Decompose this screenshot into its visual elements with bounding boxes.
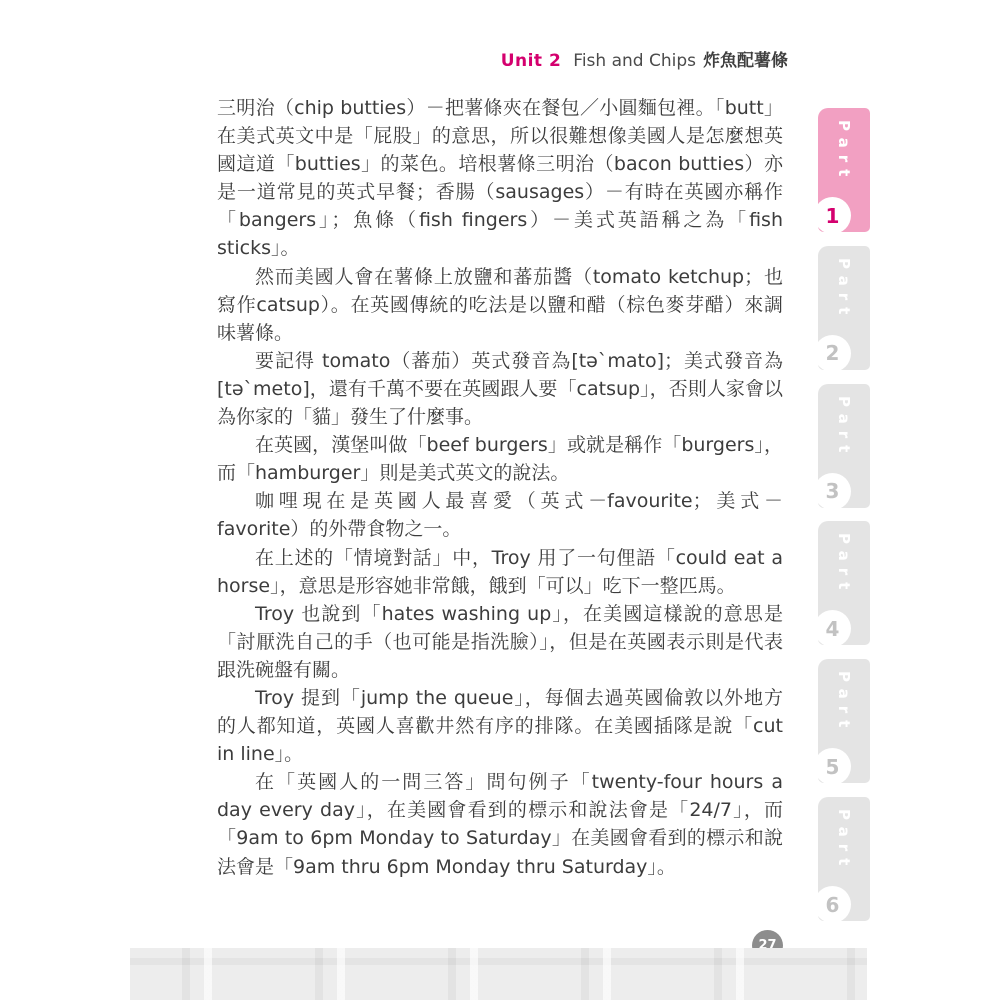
- book-page: Unit 2 Fish and Chips 炸魚配薯條 三明治（chip but…: [0, 0, 1000, 1000]
- part-tab-label: Part: [835, 533, 853, 596]
- unit-title: Fish and Chips 炸魚配薯條: [573, 46, 788, 71]
- tab-part-6[interactable]: Part6: [818, 797, 870, 921]
- paragraph: Troy 提到「jump the queue」，每個去過英國倫敦以外地方的人都知…: [217, 684, 783, 768]
- paragraph: 在「英國人的一問三答」問句例子「twenty-four hours a day …: [217, 768, 783, 880]
- tab-part-1[interactable]: Part1: [818, 108, 870, 232]
- paragraph: 要記得 tomato（蕃茄）英式發音為[tə`mato]；美式發音為[tə`me…: [217, 347, 783, 431]
- part-tab-number: 1: [814, 197, 851, 234]
- part-tab-number: 5: [814, 748, 851, 785]
- footer-decoration-strip: [130, 948, 867, 1000]
- tab-part-4[interactable]: Part4: [818, 521, 870, 645]
- part-tab-label: Part: [835, 671, 853, 734]
- paragraph: 在上述的「情境對話」中，Troy 用了一句俚語「could eat a hors…: [217, 544, 783, 600]
- part-tab-label: Part: [835, 258, 853, 321]
- part-tab-number: 2: [814, 335, 851, 372]
- paragraph: 咖哩現在是英國人最喜愛（英式－favourite；美式－favorite）的外帶…: [217, 487, 783, 543]
- part-tab-label: Part: [835, 809, 853, 872]
- paragraph: Troy 也說到「hates washing up」，在美國這樣說的意思是「討厭…: [217, 600, 783, 684]
- part-tab-label: Part: [835, 120, 853, 183]
- article-body: 三明治（chip butties）－把薯條夾在餐包／小圓麵包裡。「butt」在美…: [217, 94, 783, 881]
- part-tab-number: 4: [814, 610, 851, 647]
- paragraph: 然而美國人會在薯條上放鹽和蕃茄醬（tomato ketchup；也寫作catsu…: [217, 263, 783, 347]
- tab-part-2[interactable]: Part2: [818, 246, 870, 370]
- unit-title-chinese: 炸魚配薯條: [703, 46, 788, 71]
- tab-part-3[interactable]: Part3: [818, 384, 870, 508]
- part-tab-label: Part: [835, 396, 853, 459]
- paragraph: 三明治（chip butties）－把薯條夾在餐包／小圓麵包裡。「butt」在美…: [217, 94, 783, 263]
- part-tab-number: 3: [814, 473, 851, 510]
- part-tab-number: 6: [814, 886, 851, 923]
- paragraph: 在英國，漢堡叫做「beef burgers」或就是稱作「burgers」，而「h…: [217, 431, 783, 487]
- unit-label: Unit 2: [501, 51, 562, 71]
- unit-title-english: Fish and Chips: [573, 51, 696, 71]
- tab-part-5[interactable]: Part5: [818, 659, 870, 783]
- page-header: Unit 2 Fish and Chips 炸魚配薯條: [501, 46, 788, 71]
